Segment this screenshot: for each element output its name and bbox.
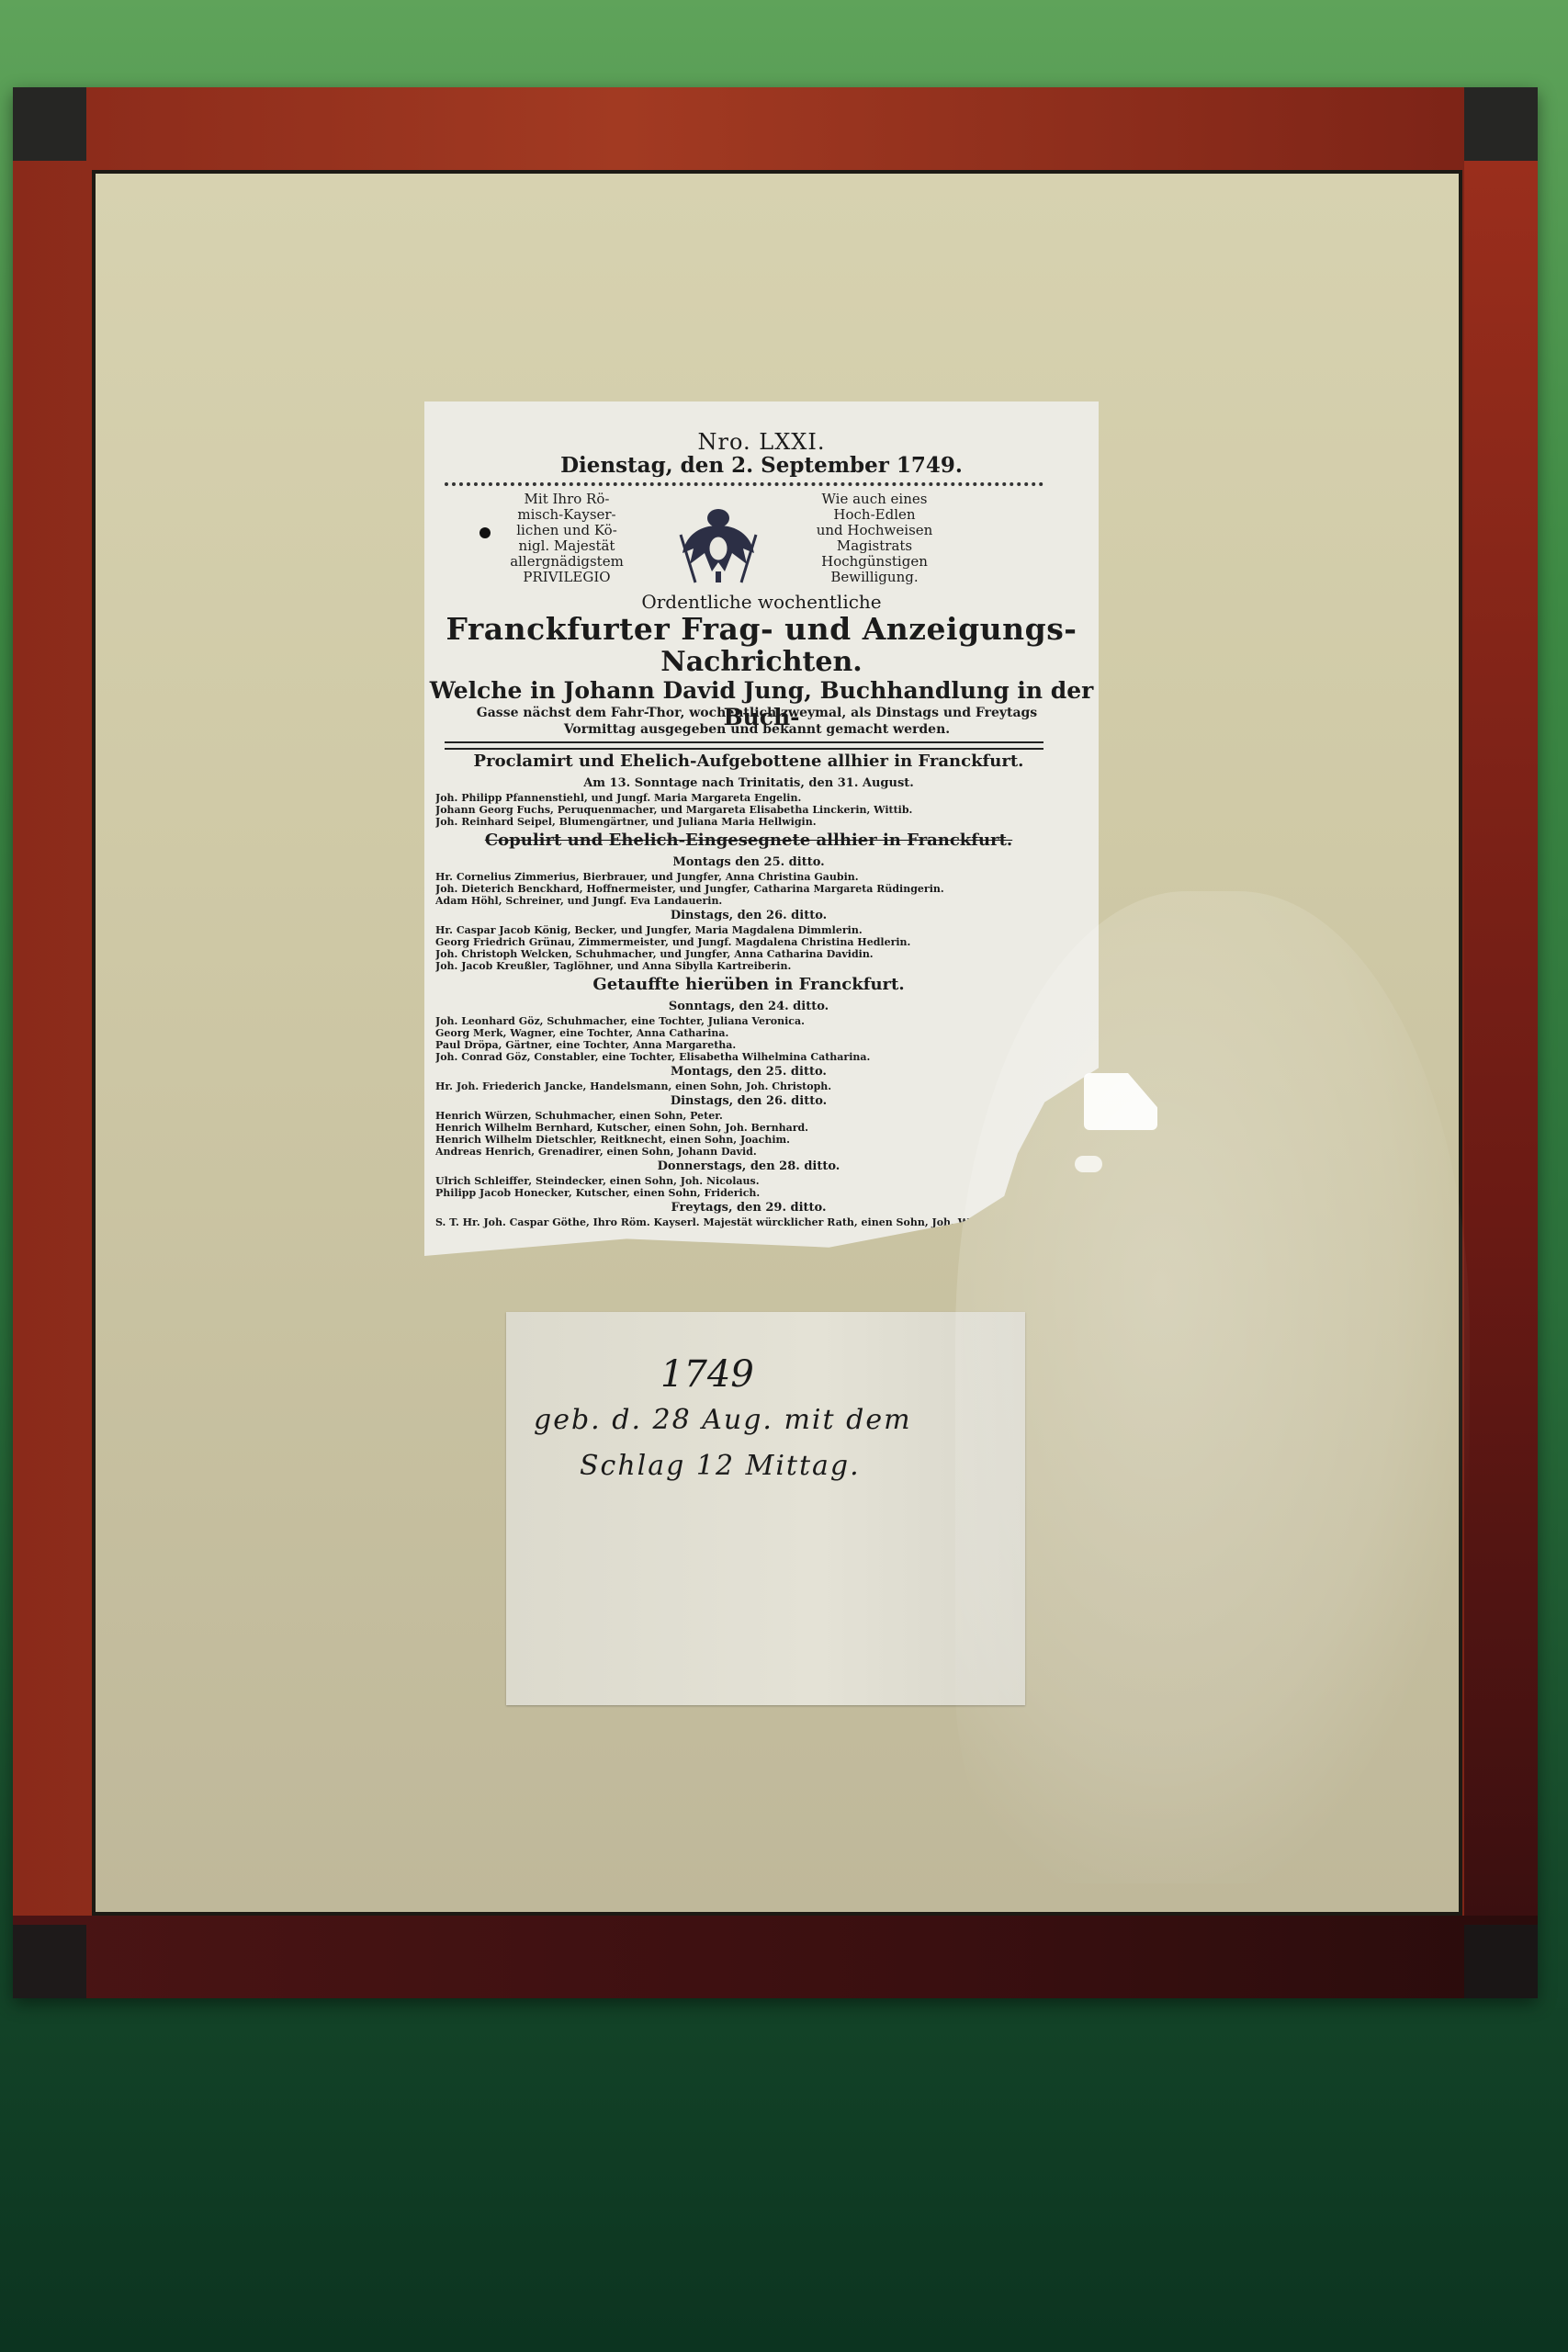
day-heading: Sonntags, den 24. ditto. bbox=[435, 998, 1062, 1015]
double-headed-eagle-icon bbox=[677, 498, 760, 585]
day-heading: Freytags, den 29. ditto. bbox=[435, 1199, 1062, 1216]
publication-note: Gasse nächst dem Fahr-Thor, wochentlich … bbox=[452, 705, 1062, 738]
register-entry: Paul Dröpa, Gärtner, eine Tochter, Anna … bbox=[435, 1039, 1062, 1051]
newspaper-page: Nro. LXXI. Dienstag, den 2. September 17… bbox=[424, 401, 1099, 1256]
register-entry: Joh. Reinhard Seipel, Blumengärtner, und… bbox=[435, 816, 1062, 828]
frame-side bbox=[1464, 161, 1538, 1925]
newspaper-title: Franckfurter Frag- und Anzeigungs- bbox=[424, 611, 1099, 647]
register-entry: Adam Höhl, Schreiner, und Jungf. Eva Lan… bbox=[435, 895, 1062, 907]
register-entry: Henrich Wilhelm Bernhard, Kutscher, eine… bbox=[435, 1122, 1062, 1134]
day-heading: Donnerstags, den 28. ditto. bbox=[435, 1158, 1062, 1175]
register-entry: Philipp Jacob Honecker, Kutscher, einen … bbox=[435, 1187, 1062, 1199]
register-entry: Joh. Philipp Pfannenstiehl, und Jungf. M… bbox=[435, 792, 1062, 804]
register-entry: Henrich Würzen, Schuhmacher, einen Sohn,… bbox=[435, 1110, 1062, 1122]
dotted-divider bbox=[445, 482, 1043, 486]
issue-date: Dienstag, den 2. September 1749. bbox=[424, 453, 1099, 478]
privilege-left: Mit Ihro Rö- misch-Kayser- lichen und Kö… bbox=[507, 492, 626, 585]
register-entry: Hr. Joh. Friederich Jancke, Handelsmann,… bbox=[435, 1080, 1062, 1092]
note-year: 1749 bbox=[660, 1353, 754, 1396]
section-heading: Copulirt und Ehelich-Eingesegnete allhie… bbox=[435, 830, 1062, 852]
register-entry: Georg Friedrich Grünau, Zimmermeister, u… bbox=[435, 936, 1062, 948]
frame-corner bbox=[1464, 87, 1538, 161]
register-entry: Joh. Christoph Welcken, Schuhmacher, und… bbox=[435, 948, 1062, 960]
privilege-right: Wie auch eines Hoch-Edlen und Hochweisen… bbox=[810, 492, 939, 585]
frame-corner bbox=[13, 1925, 86, 1998]
note-line-2: Schlag 12 Mittag. bbox=[580, 1450, 861, 1482]
register-entry: Andreas Henrich, Grenadirer, einen Sohn,… bbox=[435, 1146, 1062, 1158]
register-entry: Joh. Conrad Göz, Constabler, eine Tochte… bbox=[435, 1051, 1062, 1063]
handwritten-note: 1749 geb. d. 28 Aug. mit dem Schlag 12 M… bbox=[506, 1312, 1025, 1705]
register-entry: Georg Merk, Wagner, eine Tochter, Anna C… bbox=[435, 1027, 1062, 1039]
day-heading: Dinstags, den 26. ditto. bbox=[435, 907, 1062, 924]
register-entry: Henrich Wilhelm Dietschler, Reitknecht, … bbox=[435, 1134, 1062, 1146]
day-heading: Montags den 25. ditto. bbox=[435, 854, 1062, 871]
pre-title: Ordentliche wochentliche bbox=[424, 591, 1099, 613]
day-heading: Am 13. Sonntage nach Trinitatis, den 31.… bbox=[435, 775, 1062, 792]
frame-corner bbox=[13, 87, 86, 161]
day-heading: Montags, den 25. ditto. bbox=[435, 1063, 1062, 1080]
register-entry: Hr. Caspar Jacob König, Becker, und Jung… bbox=[435, 924, 1062, 936]
day-heading: Dinstags, den 26. ditto. bbox=[435, 1092, 1062, 1110]
ink-spot bbox=[479, 527, 491, 538]
newspaper-title-line2: Nachrichten. bbox=[424, 646, 1099, 678]
register-entry: Hr. Cornelius Zimmerius, Bierbrauer, und… bbox=[435, 871, 1062, 883]
register-entry: Joh. Dieterich Benckhard, Hoffnermeister… bbox=[435, 883, 1062, 895]
register-entry: Joh. Leonhard Göz, Schuhmacher, eine Toc… bbox=[435, 1015, 1062, 1027]
section-heading: Proclamirt und Ehelich-Aufgebottene allh… bbox=[435, 751, 1062, 773]
light-glare bbox=[1075, 1156, 1102, 1172]
frame-bottom bbox=[13, 1916, 1538, 1998]
section-heading: Getauffte hierüben in Franckfurt. bbox=[435, 974, 1062, 996]
issue-number: Nro. LXXI. bbox=[424, 429, 1099, 455]
note-line-1: geb. d. 28 Aug. mit dem bbox=[534, 1404, 912, 1436]
frame-corner bbox=[1464, 1925, 1538, 1998]
register-entry: Johann Georg Fuchs, Peruquenmacher, und … bbox=[435, 804, 1062, 816]
register-entry: Ulrich Schleiffer, Steindecker, einen So… bbox=[435, 1175, 1062, 1187]
register-entry: Joh. Jacob Kreußler, Taglöhner, und Anna… bbox=[435, 960, 1062, 972]
register-listings: Proclamirt und Ehelich-Aufgebottene allh… bbox=[435, 749, 1062, 1228]
